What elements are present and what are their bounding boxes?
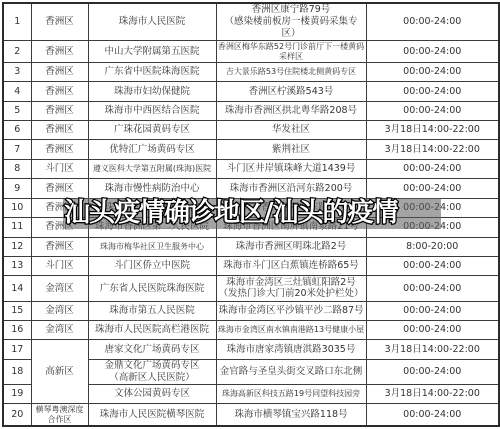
- cell-time: 00:00-24:00: [366, 301, 499, 320]
- cell-no: 11: [3, 218, 31, 237]
- cell-district: 香洲区: [31, 237, 88, 256]
- cell-time: 00:00-24:00: [366, 359, 499, 384]
- cell-no: 20: [3, 404, 31, 426]
- cell-no: 19: [3, 385, 31, 404]
- cell-no: 13: [3, 256, 31, 275]
- cell-name: 珠海市人民医院横琴医院: [88, 404, 216, 426]
- cell-time: 00:00-24:00: [366, 256, 499, 275]
- cell-district: 香洲区: [31, 140, 88, 159]
- table-row: 1香洲区珠海市人民医院香洲区康宁路79号 （感染楼前板房一楼黄码采集专区）00:…: [3, 3, 499, 41]
- table-row: 2香洲区中山大学附属第五医院香洲区梅华东路52号门诊前厅下一楼黄码采样区00:0…: [3, 41, 499, 62]
- cell-time: 00:00-24:00: [366, 404, 499, 426]
- cell-address: 珠海市金湾区南水镇南港路13号健康小屋: [216, 320, 366, 339]
- cell-address: 珠海市金湾区平沙镇平沙二路87号: [216, 301, 366, 320]
- cell-address: 珠海市金湾区三灶镇虹阳路2号 （发热门诊大门前20米处护栏处）: [216, 276, 366, 301]
- cell-address: 珠海市唐家湾镇唐淇路3035号: [216, 340, 366, 359]
- cell-address: 金官路与圣皇头街交叉路口东北侧: [216, 359, 366, 384]
- table-row: 3香洲区广东省中医院珠海医院吉大景乐路53号住院楼北侧黄码专区00:00-24:…: [3, 62, 499, 81]
- cell-time: 00:00-24:00: [366, 62, 499, 81]
- cell-no: 3: [3, 62, 31, 81]
- table-row: 4香洲区珠海市妇幼保健院香洲区柠溪路543号00:00-24:00: [3, 82, 499, 101]
- cell-no: 1: [3, 3, 31, 41]
- cell-time: 3月18日14:00-22:00: [366, 385, 499, 404]
- table-row: 17高新区唐家文化广场黄码专区珠海市唐家湾镇唐淇路3035号3月18日14:00…: [3, 340, 499, 359]
- cell-address: 紫荆社区: [216, 140, 366, 159]
- cell-address: 吉大景乐路53号住院楼北侧黄码专区: [216, 62, 366, 81]
- table-row: 7香洲区优特汇广场黄码专区紫荆社区3月18日14:00-22:00: [3, 140, 499, 159]
- cell-district: 金湾区: [31, 276, 88, 301]
- cell-name: 中山大学附属第五医院: [88, 41, 216, 62]
- table-row: 20横琴粤澳深度合作区珠海市人民医院横琴医院珠海市横琴镇宝兴路118号00:00…: [3, 404, 499, 426]
- cell-address: 珠海市香洲区拱北粤华路208号: [216, 101, 366, 120]
- table-row: 13斗门区斗门区侨立中医院珠海市斗门区白蕉镇连桥路65号00:00-24:00: [3, 256, 499, 275]
- cell-no: 5: [3, 101, 31, 120]
- cell-address: 香洲区梅华东路52号门诊前厅下一楼黄码采样区: [216, 41, 366, 62]
- cell-no: 15: [3, 301, 31, 320]
- cell-name: 遵义医科大学第五附属(珠海)医院: [88, 159, 216, 178]
- cell-no: 14: [3, 276, 31, 301]
- cell-name: 优特汇广场黄码专区: [88, 140, 216, 159]
- cell-name: 斗门区侨立中医院: [88, 256, 216, 275]
- cell-no: 17: [3, 340, 31, 359]
- cell-address: 珠海市横琴镇宝兴路118号: [216, 404, 366, 426]
- cell-district: 斗门区: [31, 256, 88, 275]
- cell-name: 珠海市妇幼保健院: [88, 82, 216, 101]
- cell-name: 珠海市第五人民医院: [88, 301, 216, 320]
- table-row: 5香洲区珠海市中西医结合医院珠海市香洲区拱北粤华路208号00:00-24:00: [3, 101, 499, 120]
- cell-district: 香洲区: [31, 3, 88, 41]
- cell-district: 香洲区: [31, 101, 88, 120]
- table-row: 12香洲区珠海市梅华社区卫生服务中心珠海市香洲区明珠北路2号8:00-20:00: [3, 237, 499, 256]
- cell-time: 00:00-24:00: [366, 101, 499, 120]
- cell-no: 10: [3, 198, 31, 217]
- cell-no: 4: [3, 82, 31, 101]
- cell-no: 7: [3, 140, 31, 159]
- table-row: 8斗门区遵义医科大学第五附属(珠海)医院斗门区井岸镇珠峰大道1439号00:00…: [3, 159, 499, 178]
- cell-no: 8: [3, 159, 31, 178]
- cell-district: 高新区: [31, 340, 88, 404]
- cell-name: 珠海市梅华社区卫生服务中心: [88, 237, 216, 256]
- cell-time: 00:00-24:00: [366, 3, 499, 41]
- cell-name: 广东省人民医院珠海医院: [88, 276, 216, 301]
- cell-district: 金湾区: [31, 301, 88, 320]
- cell-time: 00:00-24:00: [366, 159, 499, 178]
- cell-address: 香洲区康宁路79号 （感染楼前板房一楼黄码采集专区）: [216, 3, 366, 41]
- cell-district: 香洲区: [31, 82, 88, 101]
- table-row: 6香洲区广珠花园黄码专区华发社区3月18日14:00-22:00: [3, 121, 499, 140]
- cell-name: 珠海市中西医结合医院: [88, 101, 216, 120]
- cell-name: 金鼎文化广场黄码专区 （高新区人民医院）: [88, 359, 216, 384]
- cell-name: 珠海市人民医院: [88, 3, 216, 41]
- table-row: 14金湾区广东省人民医院珠海医院珠海市金湾区三灶镇虹阳路2号 （发热门诊大门前2…: [3, 276, 499, 301]
- cell-district: 金湾区: [31, 320, 88, 339]
- cell-time: 00:00-24:00: [366, 276, 499, 301]
- cell-no: 9: [3, 179, 31, 198]
- cell-no: 12: [3, 237, 31, 256]
- cell-district: 香洲区: [31, 41, 88, 62]
- cell-time: 3月18日14:00-22:00: [366, 340, 499, 359]
- cell-name: 文体公园黄码专区: [88, 385, 216, 404]
- cell-time: 00:00-24:00: [366, 82, 499, 101]
- cell-address: 珠海市香洲区明珠北路2号: [216, 237, 366, 256]
- cell-name: 珠海市人民医院高栏港医院: [88, 320, 216, 339]
- cell-address: 珠海高新区科技五路19号同望科技园旁: [216, 385, 366, 404]
- cell-time: 00:00-24:00: [366, 320, 499, 339]
- cell-district: 香洲区: [31, 62, 88, 81]
- cell-time: 3月18日14:00-22:00: [366, 121, 499, 140]
- cell-no: 2: [3, 41, 31, 62]
- table-row: 16金湾区珠海市人民医院高栏港医院珠海市金湾区南水镇南港路13号健康小屋00:0…: [3, 320, 499, 339]
- cell-name: 唐家文化广场黄码专区: [88, 340, 216, 359]
- cell-no: 16: [3, 320, 31, 339]
- cell-district: 斗门区: [31, 159, 88, 178]
- cell-name: 广东省中医院珠海医院: [88, 62, 216, 81]
- cell-no: 18: [3, 359, 31, 384]
- screenshot-root: 1香洲区珠海市人民医院香洲区康宁路79号 （感染楼前板房一楼黄码采集专区）00:…: [0, 0, 500, 429]
- cell-district: 横琴粤澳深度合作区: [31, 404, 88, 426]
- cell-address: 香洲区柠溪路543号: [216, 82, 366, 101]
- cell-no: 6: [3, 121, 31, 140]
- cell-time: 00:00-24:00: [366, 41, 499, 62]
- watermark-text: 汕头疫情确诊地区/汕头的疫情: [64, 194, 464, 232]
- cell-district: 香洲区: [31, 121, 88, 140]
- cell-address: 珠海市斗门区白蕉镇连桥路65号: [216, 256, 366, 275]
- cell-time: 8:00-20:00: [366, 237, 499, 256]
- cell-address: 华发社区: [216, 121, 366, 140]
- table-row: 15金湾区珠海市第五人民医院珠海市金湾区平沙镇平沙二路87号00:00-24:0…: [3, 301, 499, 320]
- cell-time: 3月18日14:00-22:00: [366, 140, 499, 159]
- cell-address: 斗门区井岸镇珠峰大道1439号: [216, 159, 366, 178]
- cell-name: 广珠花园黄码专区: [88, 121, 216, 140]
